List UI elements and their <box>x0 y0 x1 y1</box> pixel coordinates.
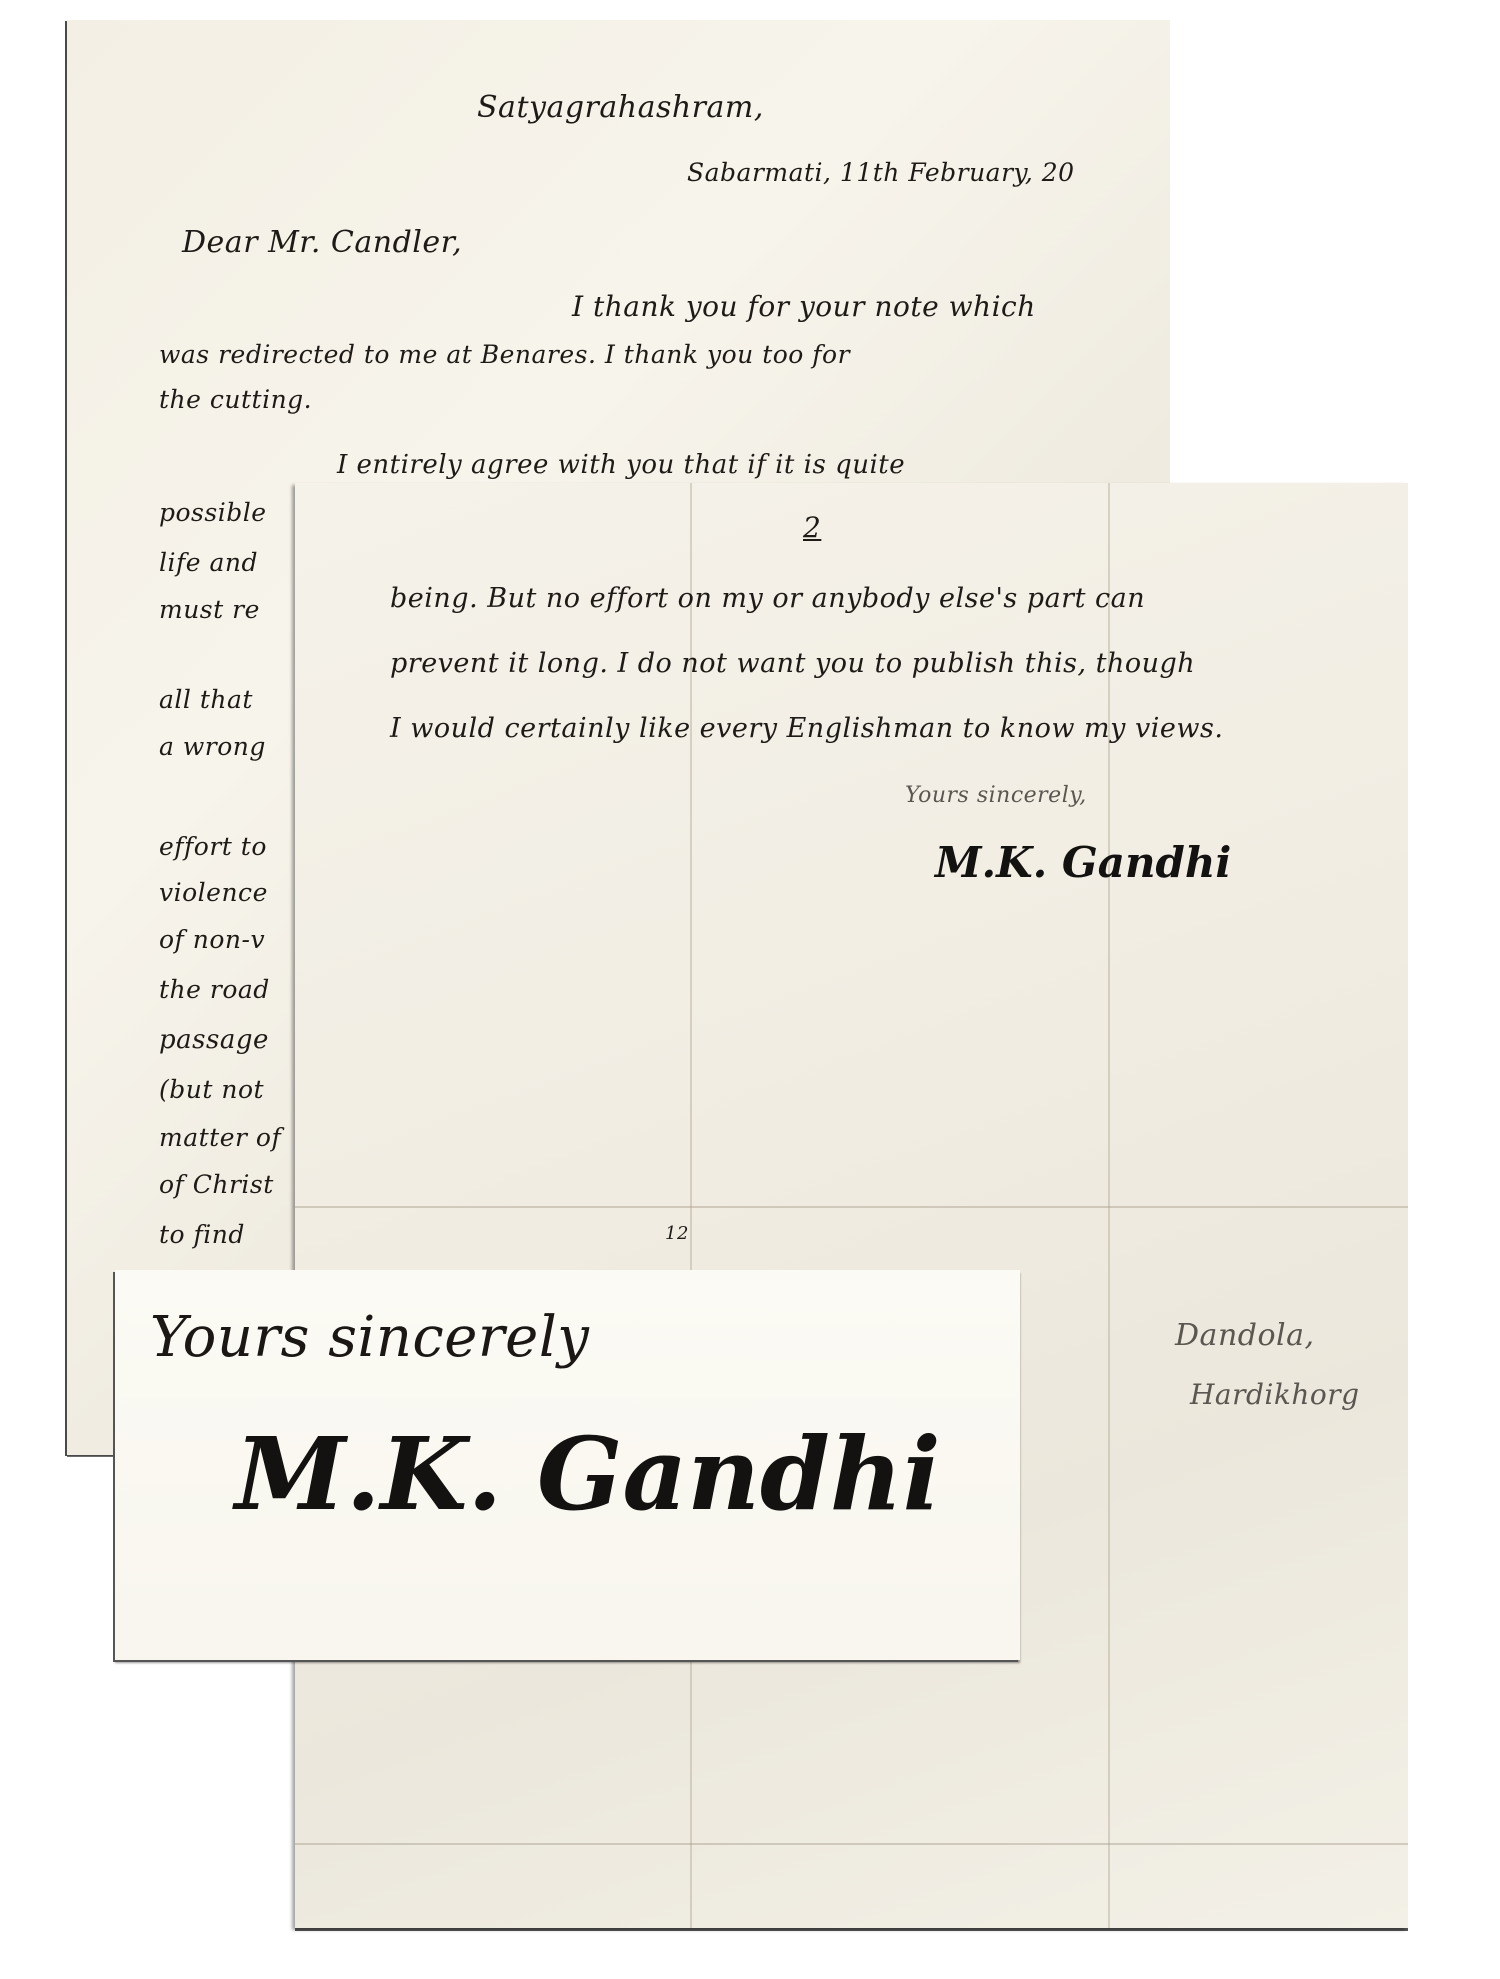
salutation: Dear Mr. Candler, <box>182 225 462 260</box>
signature-card: Yours sincerely M.K. Gandhi <box>115 1270 1020 1660</box>
body-line: all that <box>159 685 253 714</box>
body-line: was redirected to me at Benares. I thank… <box>159 340 850 369</box>
body-line: being. But no effort on my or anybody el… <box>390 583 1145 614</box>
body-line: I would certainly like every Englishman … <box>390 713 1223 744</box>
body-line: violence <box>159 878 268 907</box>
fold-line <box>295 1206 1408 1208</box>
pencil-note-line-1: Dandola, <box>1175 1318 1315 1353</box>
body-line: of non-v <box>159 925 265 954</box>
card-closing: Yours sincerely <box>150 1305 589 1370</box>
closing: Yours sincerely, <box>905 783 1087 808</box>
signature: M.K. Gandhi <box>935 838 1231 887</box>
address-line-2: Sabarmati, 11th February, 20 <box>687 158 1075 187</box>
fold-mark: 12 <box>665 1223 689 1244</box>
body-line: I entirely agree with you that if it is … <box>337 450 905 480</box>
address-line-1: Satyagrahashram, <box>477 90 764 125</box>
body-line: effort to <box>159 832 267 861</box>
body-line: the road <box>159 975 270 1004</box>
body-line: must re <box>159 595 260 624</box>
body-line: of Christ <box>159 1170 274 1199</box>
fold-line <box>295 1843 1408 1845</box>
body-line: to find <box>159 1220 245 1249</box>
body-line: life and <box>159 548 258 577</box>
pencil-note-line-2: Hardikhorg <box>1190 1378 1360 1411</box>
body-line: I thank you for your note which <box>572 290 1036 323</box>
body-line: prevent it long. I do not want you to pu… <box>390 648 1195 679</box>
letter-page-2: 2 being. But no effort on my or anybody … <box>295 483 1408 1928</box>
body-line: possible <box>159 498 267 527</box>
body-line: (but not <box>159 1075 264 1104</box>
body-line: the cutting. <box>159 385 312 414</box>
card-signature: M.K. Gandhi <box>235 1415 941 1533</box>
body-line: matter of <box>159 1123 281 1152</box>
body-line: passage <box>159 1025 269 1055</box>
body-line: a wrong <box>159 732 266 761</box>
page-number: 2 <box>803 511 821 544</box>
